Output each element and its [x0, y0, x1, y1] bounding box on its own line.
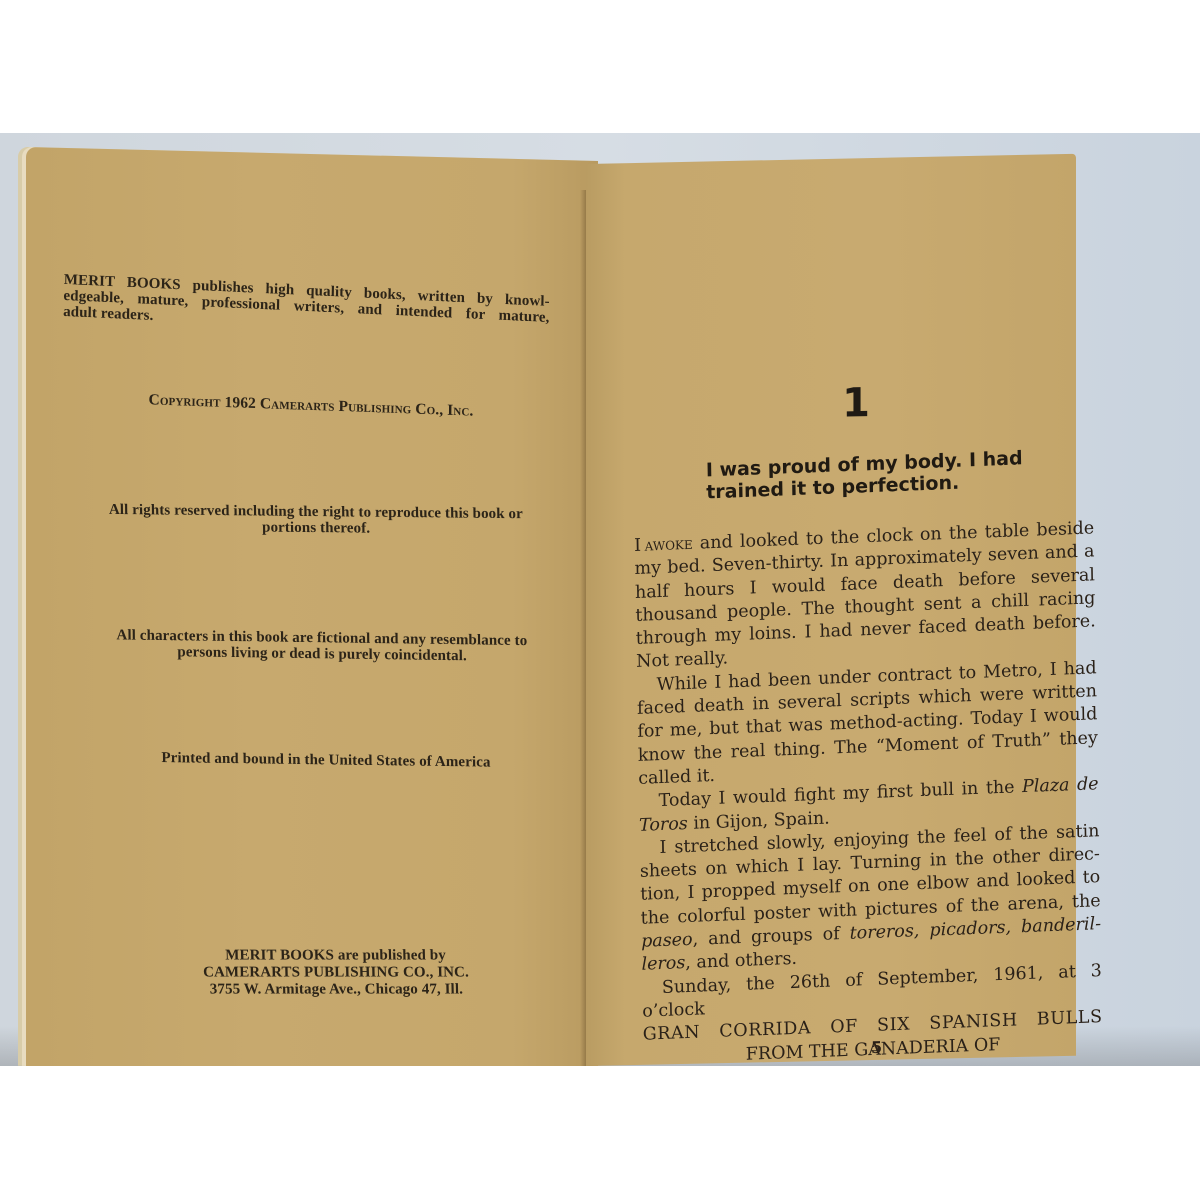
- page-number: 5: [871, 1038, 882, 1057]
- paragraph-text: While I had been under contract to Metro…: [637, 658, 1098, 789]
- paragraph-text: in Gijon, Spain.: [688, 808, 830, 833]
- italic-term: paseo: [641, 930, 693, 952]
- paragraph-text: and looked to the clock on the table bes…: [634, 518, 1095, 672]
- chapter-number: 1: [786, 379, 926, 428]
- rights-notice: All rights reserved including the right …: [66, 501, 566, 538]
- photo-bottom-margin: [0, 1066, 1200, 1200]
- publisher-statement: MERIT BOOKS publishes high quality books…: [63, 272, 550, 342]
- publisher-imprint: MERIT BOOKS are published by CAMERARTS P…: [145, 948, 526, 999]
- left-page: MERIT BOOKS publishes high quality books…: [26, 147, 598, 1080]
- copyright-notice: Copyright 1962 Camerarts Publishing Co.,…: [86, 390, 536, 422]
- paragraph-text: I stretched slowly, enjoying the feel of…: [640, 821, 1101, 929]
- chapter-body: I awoke and looked to the clock on the t…: [634, 517, 1103, 1070]
- fiction-disclaimer: All characters in this book are fictiona…: [72, 627, 572, 666]
- smallcaps-lead: awoke: [644, 534, 692, 556]
- chapter-epigraph: I was proud of my body. I had trained it…: [706, 446, 1047, 503]
- imprint-line: CAMERARTS PUBLISHING CO., INC.: [146, 965, 526, 982]
- paragraph-text: , and groups of: [692, 924, 849, 950]
- lead-letter: I: [634, 536, 641, 556]
- printed-in-notice: Printed and bound in the United States o…: [106, 749, 546, 771]
- right-page: 1 I was proud of my body. I had trained …: [586, 154, 1076, 1066]
- imprint-line: MERIT BOOKS are published by: [145, 948, 525, 965]
- paragraph-2: While I had been under contract to Metro…: [636, 657, 1098, 791]
- paragraph-1: I awoke and looked to the clock on the t…: [634, 517, 1096, 674]
- paragraph-4: I stretched slowly, enjoying the feel of…: [639, 820, 1101, 977]
- imprint-line: 3755 W. Armitage Ave., Chicago 47, Ill.: [146, 982, 526, 999]
- paragraph-text: , and others.: [685, 949, 797, 973]
